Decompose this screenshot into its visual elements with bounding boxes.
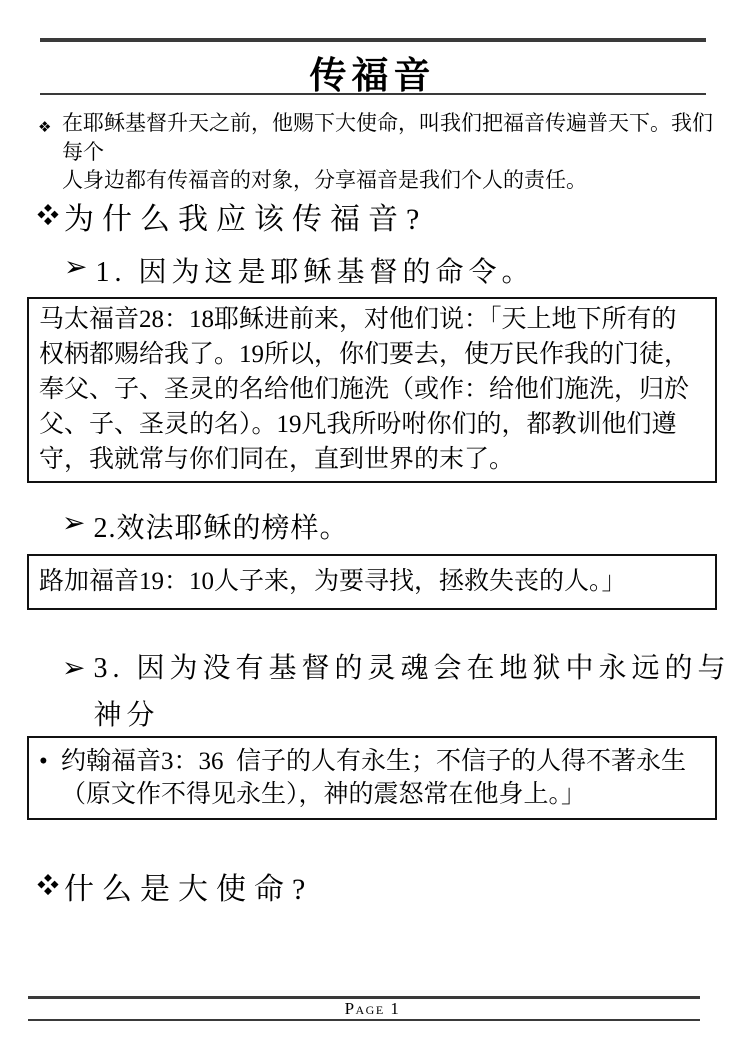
- question-heading-text: 什么是大使命?: [64, 864, 313, 908]
- document-page: 传福音 ❖ 在耶稣基督升天之前，他赐下大使命，叫我们把福音传遍普天下。我们每个 …: [0, 0, 745, 1058]
- intro-paragraph: ❖ 在耶稣基督升天之前，他赐下大使命，叫我们把福音传遍普天下。我们每个 人身边都…: [38, 110, 718, 196]
- arrow-bullet-icon: ➢: [64, 250, 87, 290]
- intro-text: 在耶稣基督升天之前，他赐下大使命，叫我们把福音传遍普天下。我们每个 人身边都有传…: [62, 110, 718, 196]
- question-heading-text: 为什么我应该传福音?: [64, 194, 427, 238]
- scripture-line: 路加福音19：10人子来，为要寻找，拯救失丧的人。」: [39, 567, 705, 597]
- footer-rule-bottom: [28, 1019, 700, 1021]
- question-heading-what-is-great-commission: ❖ 什么是大使命?: [37, 864, 313, 908]
- page-number-label: Page 1: [0, 999, 745, 1019]
- diamond-bullet-icon: ❖: [37, 194, 64, 238]
- diamond-bullet-icon: ❖: [38, 110, 62, 196]
- sub-point-1-text: 1. 因为这是耶稣基督的命令。: [95, 250, 534, 290]
- scripture-line: 守，我就常与你们同在，直到世界的末了。: [39, 442, 705, 477]
- scripture-line: 奉父、子、圣灵的名给他们施洗（或作：给他们施洗，归於: [39, 372, 705, 407]
- scripture-line: 约翰福音3：36 信子的人有永生；不信子的人得不著永生: [61, 745, 686, 778]
- sub-point-2: ➢ 2.效法耶稣的榜样。: [62, 506, 348, 546]
- scripture-box-matthew-28: 马太福音28：18耶稣进前来，对他们说：「天上地下所有的 权柄都赐给我了。19所…: [27, 297, 717, 483]
- scripture-line: （原文作不得见永生），神的震怒常在他身上。」: [61, 778, 705, 811]
- intro-line-1: 在耶稣基督升天之前，他赐下大使命，叫我们把福音传遍普天下。我们每个: [62, 110, 718, 167]
- title-rule-bottom: [40, 93, 706, 95]
- arrow-bullet-icon: ➢: [62, 506, 85, 546]
- scripture-box-luke-19: 路加福音19：10人子来，为要寻找，拯救失丧的人。」: [27, 554, 717, 610]
- title-rule-top: [40, 38, 706, 42]
- sub-point-3-line-1: 3. 因为没有基督的灵魂会在地狱中永远的与神分: [93, 645, 745, 739]
- dot-bullet-icon: •: [39, 745, 61, 778]
- scripture-box-john-3: • 约翰福音3：36 信子的人有永生；不信子的人得不著永生 （原文作不得见永生）…: [27, 736, 717, 820]
- scripture-line: 权柄都赐给我了。19所以，你们要去，使万民作我的门徒，: [39, 337, 705, 372]
- scripture-line: 父、子、圣灵的名）。19凡我所吩咐你们的，都教训他们遵: [39, 407, 705, 442]
- arrow-bullet-icon: ➢: [62, 645, 85, 739]
- sub-point-2-text: 2.效法耶稣的榜样。: [93, 506, 348, 546]
- sub-point-1: ➢ 1. 因为这是耶稣基督的命令。: [64, 250, 534, 290]
- scripture-line: 马太福音28：18耶稣进前来，对他们说：「天上地下所有的: [39, 302, 705, 337]
- page-title: 传福音: [0, 45, 745, 99]
- diamond-bullet-icon: ❖: [37, 864, 64, 908]
- question-heading-why-share-gospel: ❖ 为什么我应该传福音?: [37, 194, 427, 238]
- intro-line-2: 人身边都有传福音的对象，分享福音是我们个人的责任。: [62, 167, 718, 196]
